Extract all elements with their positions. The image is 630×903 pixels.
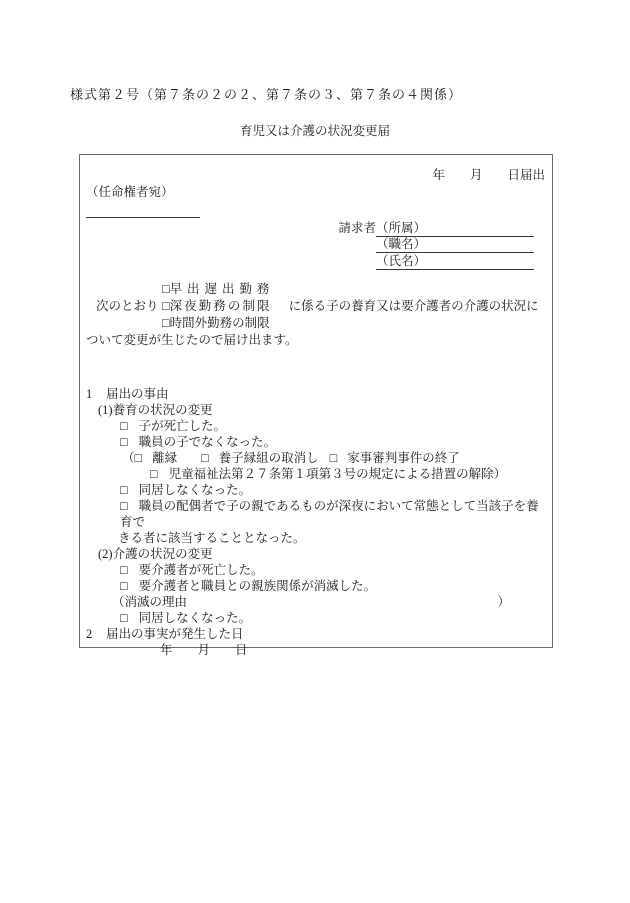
option-dissolution-label: 離縁 <box>152 451 177 465</box>
option-welfare-act-label: 児童福祉法第２７条第１項第３号の規定による措置の解除） <box>169 467 507 481</box>
requester-label: 請求者 <box>338 220 376 237</box>
section1-number: 1 <box>86 386 106 402</box>
extinction-reason-label: （消滅の理由 <box>112 594 187 610</box>
declaration-closing: ついて変更が生じたので届け出ます。 <box>86 332 545 349</box>
document-page: 様式第２号（第７条の２の２、第７条の３、第７条の４関係） 育児又は介護の状況変更… <box>0 0 630 648</box>
declaration-suffix: に係る子の養育又は要介護者の介護の状況に <box>289 299 539 313</box>
item-family-relation-extinguished-label: 要介護者と職員との親族関係が消滅した。 <box>139 579 377 593</box>
checkbox-family-relation-extinguished[interactable]: □ <box>120 578 128 594</box>
declaration-block: 次のとおり □早出遅出勤務 □深夜勤務の制限に係る子の養育又は要介護者の介護の状… <box>86 281 545 332</box>
position-field[interactable]: （職名） <box>376 237 534 253</box>
checkbox-stopped-cohabiting-care[interactable]: □ <box>120 610 128 626</box>
caregiving-subheading: (2)介護の状況の変更 <box>86 546 545 562</box>
option-annulment-label: 養子縁組の取消し <box>219 451 319 465</box>
item-care-recipient-died-label: 要介護者が死亡した。 <box>139 563 264 577</box>
addressee-label: （任命権者宛） <box>86 184 545 201</box>
checkbox-not-employees-child[interactable]: □ <box>120 434 128 450</box>
item-family-relation-extinguished: □要介護者と職員との親族関係が消滅した。 <box>86 578 545 594</box>
checkbox-dissolution-of-adoption[interactable]: □ <box>135 450 143 466</box>
position-label: （職名） <box>376 237 426 251</box>
item-not-employees-child-label: 職員の子でなくなった。 <box>139 435 277 449</box>
option-court-case-label: 家事審判事件の終了 <box>347 451 460 465</box>
reason-list: 1届出の事由 (1)養育の状況の変更 □子が死亡した。 □職員の子でなくなった。… <box>86 386 545 658</box>
requester-position-row: （職名） <box>86 237 534 253</box>
worktype-row-early-late: □早出遅出勤務 <box>162 281 545 298</box>
worktype-row-night-limit: □深夜勤務の制限に係る子の養育又は要介護者の介護の状況に <box>162 298 545 315</box>
worktype-label-overtime-limit: 時間外勤務の制限 <box>170 315 270 332</box>
worktype-label-early-late: 早出遅出勤務 <box>170 281 270 298</box>
requester-affiliation-row: 請求者（所属） <box>86 221 534 237</box>
checkbox-adoption-annulment[interactable]: □ <box>201 450 209 466</box>
item-stopped-cohabiting-care-label: 同居しなくなった。 <box>139 611 252 625</box>
addressee-fill-line[interactable] <box>86 201 200 218</box>
checkbox-night-work-limit[interactable]: □ <box>162 298 170 315</box>
name-field[interactable]: （氏名） <box>376 254 534 270</box>
declaration-prefix: 次のとおり <box>96 298 159 315</box>
occurrence-date-line: 年 月 日 <box>86 642 545 658</box>
item-spouse-can-care: □職員の配偶者で子の親であるものが深夜において常態として当該子を養育で <box>86 498 545 530</box>
childcare-subheading: (1)養育の状況の変更 <box>86 402 545 418</box>
item-stopped-cohabiting-care: □同居しなくなった。 <box>86 610 545 626</box>
affiliation-field[interactable]: （所属） <box>376 221 534 237</box>
affiliation-label: （所属） <box>376 221 426 235</box>
child-reason-options-row: （□離縁□養子縁組の取消し□家事審判事件の終了 <box>86 450 545 466</box>
item-not-employees-child: □職員の子でなくなった。 <box>86 434 545 450</box>
item-spouse-can-care-line1: 職員の配偶者で子の親であるものが深夜において常態として当該子を養育で <box>120 499 539 529</box>
checkbox-family-court-case-end[interactable]: □ <box>330 450 338 466</box>
item-spouse-can-care-continuation: きる者に該当することとなった。 <box>86 530 545 546</box>
checkbox-overtime-limit[interactable]: □ <box>162 315 170 332</box>
page-title: 育児又は介護の状況変更届 <box>0 123 630 140</box>
section1-title: 届出の事由 <box>106 387 169 401</box>
section2-heading: 2届出の事実が発生した日 <box>86 626 545 642</box>
checkbox-child-welfare-act-release[interactable]: □ <box>150 466 158 482</box>
child-welfare-act-row: □児童福祉法第２７条第１項第３号の規定による措置の解除） <box>86 466 545 482</box>
item-child-died: □子が死亡した。 <box>86 418 545 434</box>
section2-title: 届出の事実が発生した日 <box>106 627 244 641</box>
worktype-label-night-limit: 深夜勤務の制限 <box>170 298 270 315</box>
item-stopped-cohabiting-child-label: 同居しなくなった。 <box>139 483 252 497</box>
checkbox-early-late-work[interactable]: □ <box>162 281 170 298</box>
item-child-died-label: 子が死亡した。 <box>139 419 227 433</box>
extinction-reason-close-paren: ） <box>497 594 510 610</box>
item-care-recipient-died: □要介護者が死亡した。 <box>86 562 545 578</box>
requester-name-row: （氏名） <box>86 253 534 269</box>
item-stopped-cohabiting-child: □同居しなくなった。 <box>86 482 545 498</box>
form-box: 年 月 日届出 （任命権者宛） 請求者（所属） （職名） （氏名） 次のとおり … <box>79 154 553 648</box>
checkbox-spouse-can-care[interactable]: □ <box>120 498 128 514</box>
section2-number: 2 <box>86 626 106 642</box>
checkbox-child-died[interactable]: □ <box>120 418 128 434</box>
checkbox-stopped-cohabiting-child[interactable]: □ <box>120 482 128 498</box>
section1-heading: 1届出の事由 <box>86 386 545 402</box>
form-number: 様式第２号（第７条の２の２、第７条の３、第７条の４関係） <box>0 0 630 103</box>
extinction-reason-field[interactable] <box>187 594 497 610</box>
worktype-row-overtime-limit: □時間外勤務の制限 <box>162 315 545 332</box>
submission-date-line: 年 月 日届出 <box>86 167 545 184</box>
open-paren: （ <box>122 451 135 465</box>
name-label: （氏名） <box>376 254 426 268</box>
checkbox-care-recipient-died[interactable]: □ <box>120 562 128 578</box>
extinction-reason-row: （消滅の理由） <box>112 594 510 610</box>
